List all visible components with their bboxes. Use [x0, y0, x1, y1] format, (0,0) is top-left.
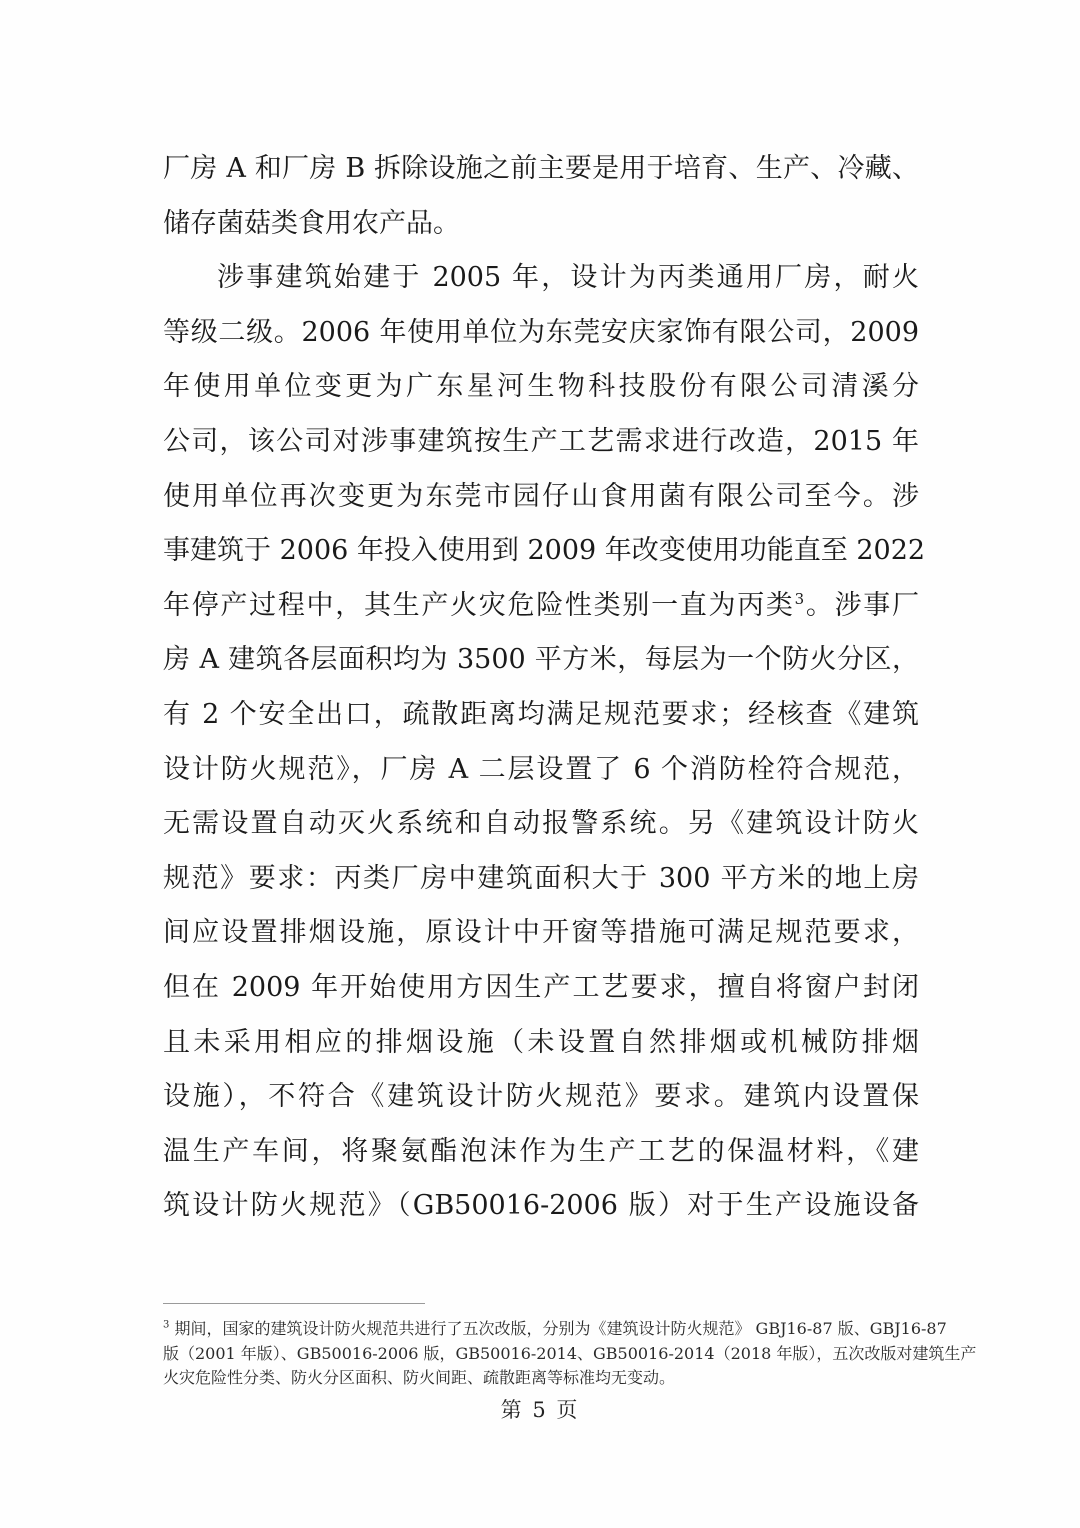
page-number: 第 5 页: [0, 1394, 1080, 1424]
body-line: 规范》要求：丙类厂房中建筑面积大于 300 平方米的地上房: [163, 852, 919, 907]
footnote-line: 火灾危险性分类、防火分区面积、防火间距、疏散距离等标准均无变动。: [163, 1366, 919, 1391]
body-line-with-footnote-ref: 年停产过程中，其生产火灾危险性类别一直为丙类3。涉事厂: [163, 579, 919, 634]
body-line: 但在 2009 年开始使用方因生产工艺要求，擅自将窗户封闭: [163, 961, 919, 1016]
body-line: 使用单位再次变更为东莞市园仔山食用菌有限公司至今。涉: [163, 470, 919, 525]
body-line: 有 2 个安全出口，疏散距离均满足规范要求；经核查《建筑: [163, 688, 919, 743]
body-line: 事建筑于 2006 年投入使用到 2009 年改变使用功能直至 2022: [163, 524, 919, 579]
footnote-line: 版（2001 年版）、GB50016-2006 版，GB50016-2014、G…: [163, 1342, 919, 1367]
body-line: 厂房 A 和厂房 B 拆除设施之前主要是用于培育、生产、冷藏、: [163, 142, 919, 197]
footnote: 3 期间，国家的建筑设计防火规范共进行了五次改版，分别为《建筑设计防火规范》 G…: [163, 1317, 919, 1391]
footnote-text: 期间，国家的建筑设计防火规范共进行了五次改版，分别为《建筑设计防火规范》 GBJ…: [169, 1319, 946, 1338]
body-line: 无需设置自动灭火系统和自动报警系统。另《建筑设计防火: [163, 797, 919, 852]
body-line: 年使用单位变更为广东星河生物科技股份有限公司清溪分: [163, 360, 919, 415]
footnote-separator: [163, 1303, 425, 1304]
body-line: 储存菌菇类食用农产品。: [163, 197, 919, 252]
body-line: 房 A 建筑各层面积均为 3500 平方米，每层为一个防火分区，: [163, 633, 919, 688]
body-text: 厂房 A 和厂房 B 拆除设施之前主要是用于培育、生产、冷藏、 储存菌菇类食用农…: [163, 142, 919, 1234]
body-line-text: 年停产过程中，其生产火灾危险性类别一直为丙类: [163, 590, 795, 621]
body-line: 间应设置排烟设施，原设计中开窗等措施可满足规范要求，: [163, 906, 919, 961]
body-line: 设施），不符合《建筑设计防火规范》要求。建筑内设置保: [163, 1070, 919, 1125]
body-line: 公司，该公司对涉事建筑按生产工艺需求进行改造，2015 年: [163, 415, 919, 470]
footnote-reference[interactable]: 3: [795, 590, 805, 608]
body-line: 等级二级。2006 年使用单位为东莞安庆家饰有限公司，2009: [163, 306, 919, 361]
body-line-text: 。涉事厂: [804, 590, 919, 621]
body-line: 温生产车间，将聚氨酯泡沫作为生产工艺的保温材料，《建: [163, 1125, 919, 1180]
footnote-line: 3 期间，国家的建筑设计防火规范共进行了五次改版，分别为《建筑设计防火规范》 G…: [163, 1317, 919, 1342]
body-line: 设计防火规范》，厂房 A 二层设置了 6 个消防栓符合规范，: [163, 743, 919, 798]
document-page: 厂房 A 和厂房 B 拆除设施之前主要是用于培育、生产、冷藏、 储存菌菇类食用农…: [0, 0, 1080, 1528]
body-line: 筑设计防火规范》（GB50016-2006 版）对于生产设施设备: [163, 1179, 919, 1234]
body-line: 且未采用相应的排烟设施（未设置自然排烟或机械防排烟: [163, 1016, 919, 1071]
body-line: 涉事建筑始建于 2005 年，设计为丙类通用厂房，耐火: [163, 251, 919, 306]
